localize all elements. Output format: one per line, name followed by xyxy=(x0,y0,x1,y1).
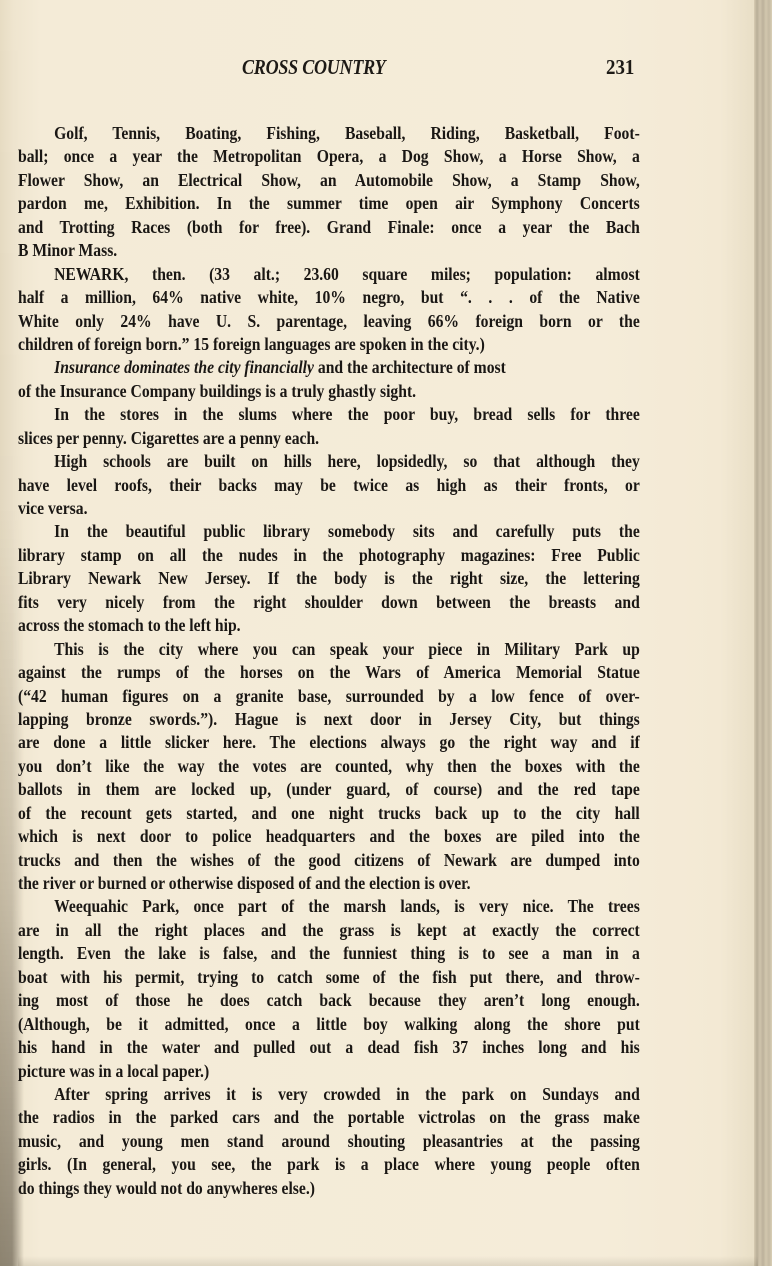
paragraph-high-schools: High schools are built on hills here, lo… xyxy=(18,450,640,520)
text-line: Golf, Tennis, Boating, Fishing, Baseball… xyxy=(18,122,640,145)
text-line: do things they would not do anywheres el… xyxy=(18,1177,640,1200)
text-line: you don’t like the way the votes are cou… xyxy=(18,755,640,778)
text-line: the river or burned or otherwise dispose… xyxy=(18,872,640,895)
text-fragment: and the architecture of most xyxy=(314,357,506,377)
text-line: Insurance dominates the city financially… xyxy=(18,356,640,379)
text-line: half a million, 64% native white, 10% ne… xyxy=(18,286,640,309)
text-line: his hand in the water and pulled out a d… xyxy=(18,1036,640,1059)
text-line: picture was in a local paper.) xyxy=(18,1060,640,1083)
text-line: fits very nicely from the right shoulder… xyxy=(18,591,640,614)
page-number: 231 xyxy=(606,55,634,80)
text-line: White only 24% have U. S. parentage, lea… xyxy=(18,310,640,333)
text-line: are done a little slicker here. The elec… xyxy=(18,731,640,754)
text-line: ing most of those he does catch back bec… xyxy=(18,989,640,1012)
text-line: of the recount gets started, and one nig… xyxy=(18,802,640,825)
paragraph-library: In the beautiful public library somebody… xyxy=(18,520,640,637)
text-line: against the rumps of the horses on the W… xyxy=(18,661,640,684)
text-line: vice versa. xyxy=(18,497,640,520)
text-line: After spring arrives it is very crowded … xyxy=(18,1083,640,1106)
text-line: have level roofs, their backs may be twi… xyxy=(18,474,640,497)
text-line: children of foreign born.” 15 foreign la… xyxy=(18,333,640,356)
text-line: Flower Show, an Electrical Show, an Auto… xyxy=(18,169,640,192)
paragraph-sports-events: Golf, Tennis, Boating, Fishing, Baseball… xyxy=(18,122,640,263)
text-line: B Minor Mass. xyxy=(18,239,640,262)
text-line: (“42 human figures on a granite base, su… xyxy=(18,685,640,708)
text-line: ball; once a year the Metropolitan Opera… xyxy=(18,145,640,168)
text-line: This is the city where you can speak you… xyxy=(18,638,640,661)
running-title: CROSS COUNTRY xyxy=(242,55,385,80)
page-edges xyxy=(754,0,772,1266)
italic-lead: Insurance dominates the city financially xyxy=(54,357,314,377)
paragraph-newark-stats: NEWARK, then. (33 alt.; 23.60 square mil… xyxy=(18,263,640,357)
text-line: In the stores in the slums where the poo… xyxy=(18,403,640,426)
paragraph-military-park: This is the city where you can speak you… xyxy=(18,638,640,896)
text-line: ballots in them are locked up, (under gu… xyxy=(18,778,640,801)
text-line: Weequahic Park, once part of the marsh l… xyxy=(18,895,640,918)
text-line: the radios in the parked cars and the po… xyxy=(18,1106,640,1129)
text-line: which is next door to police headquarter… xyxy=(18,825,640,848)
text-line: NEWARK, then. (33 alt.; 23.60 square mil… xyxy=(18,263,640,286)
text-line: of the Insurance Company buildings is a … xyxy=(18,380,640,403)
paragraph-insurance: Insurance dominates the city financially… xyxy=(18,356,640,403)
text-line: and Trotting Races (both for free). Gran… xyxy=(18,216,640,239)
text-line: High schools are built on hills here, lo… xyxy=(18,450,640,473)
paragraph-slums: In the stores in the slums where the poo… xyxy=(18,403,640,450)
page-bottom-edge xyxy=(18,1256,758,1266)
text-line: girls. (In general, you see, the park is… xyxy=(18,1153,640,1176)
paragraph-weequahic-park: Weequahic Park, once part of the marsh l… xyxy=(18,895,640,1083)
text-line: length. Even the lake is false, and the … xyxy=(18,942,640,965)
text-line: across the stomach to the left hip. xyxy=(18,614,640,637)
text-line: Library Newark New Jersey. If the body i… xyxy=(18,567,640,590)
body-text: Golf, Tennis, Boating, Fishing, Baseball… xyxy=(18,122,640,1200)
text-line: pardon me, Exhibition. In the summer tim… xyxy=(18,192,640,215)
text-line: In the beautiful public library somebody… xyxy=(18,520,640,543)
text-line: slices per penny. Cigarettes are a penny… xyxy=(18,427,640,450)
text-line: boat with his permit, trying to catch so… xyxy=(18,966,640,989)
text-line: music, and young men stand around shouti… xyxy=(18,1130,640,1153)
text-line: library stamp on all the nudes in the ph… xyxy=(18,544,640,567)
text-line: trucks and then the wishes of the good c… xyxy=(18,849,640,872)
paragraph-spring-sundays: After spring arrives it is very crowded … xyxy=(18,1083,640,1200)
text-line: (Although, be it admitted, once a little… xyxy=(18,1013,640,1036)
running-head: CROSS COUNTRY 231 xyxy=(0,55,772,83)
text-line: lapping bronze swords.”). Hague is next … xyxy=(18,708,640,731)
book-page: CROSS COUNTRY 231 Golf, Tennis, Boating,… xyxy=(0,0,772,1266)
text-line: are in all the right places and the gras… xyxy=(18,919,640,942)
